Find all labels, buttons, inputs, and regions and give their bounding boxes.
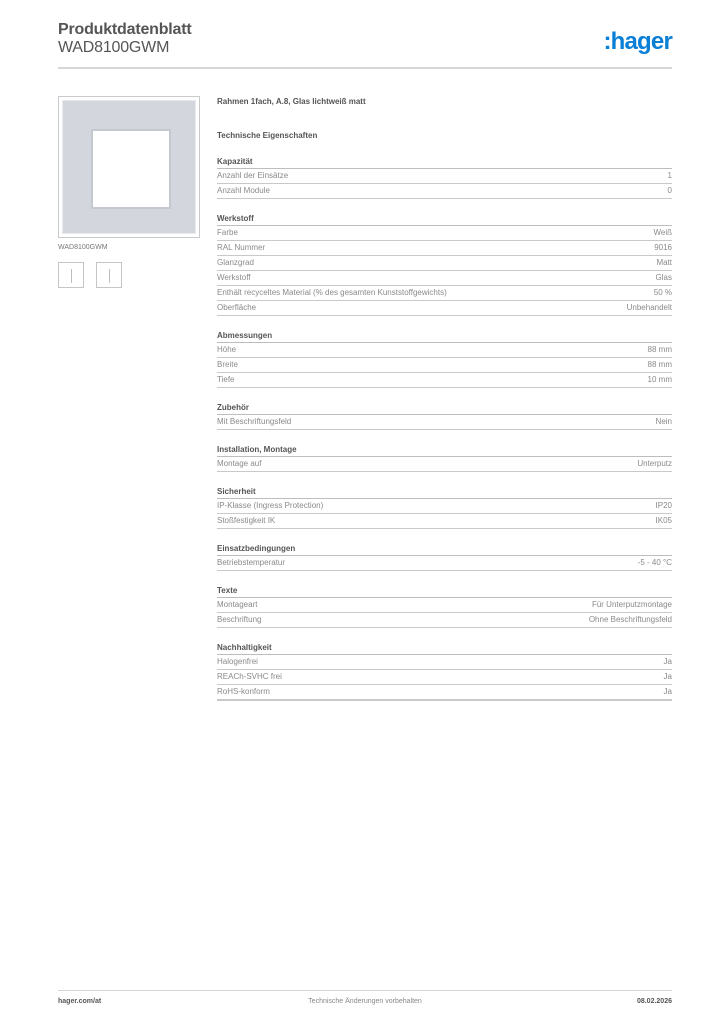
property-row: Tiefe10 mm xyxy=(217,373,672,388)
document-type: Produktdatenblatt xyxy=(58,21,192,39)
section-title: Texte xyxy=(217,585,672,598)
section-texte: TexteMontageartFür UnterputzmontageBesch… xyxy=(217,585,672,628)
image-caption: WAD8100GWM xyxy=(58,244,108,251)
property-label: IP-Klasse (Ingress Protection) xyxy=(217,499,323,513)
property-label: Betriebstemperatur xyxy=(217,556,285,570)
property-row: RAL Nummer9016 xyxy=(217,241,672,256)
thumbnail-strip xyxy=(58,262,122,288)
section-nachhaltigkeit: NachhaltigkeitHalogenfreiJaREACh-SVHC fr… xyxy=(217,642,672,701)
property-label: RAL Nummer xyxy=(217,241,265,255)
property-label: Oberfläche xyxy=(217,301,256,315)
property-label: Beschriftung xyxy=(217,613,261,627)
thumbnail-2[interactable] xyxy=(96,262,122,288)
disclaimer: Technische Änderungen vorbehalten xyxy=(58,998,672,1005)
property-value: Ja xyxy=(664,670,672,684)
frame-line-icon xyxy=(109,269,110,283)
section-abmessungen: AbmessungenHöhe88 mmBreite88 mmTiefe10 m… xyxy=(217,330,672,388)
property-value: Für Unterputzmontage xyxy=(592,598,672,612)
section-title: Abmessungen xyxy=(217,330,672,343)
section-einsatzbedingungen: EinsatzbedingungenBetriebstemperatur-5 -… xyxy=(217,543,672,571)
property-value: IK05 xyxy=(656,514,672,528)
property-row: Stoßfestigkeit IKIK05 xyxy=(217,514,672,529)
document-footer: hager.com/at Technische Änderungen vorbe… xyxy=(58,998,672,1008)
product-code: WAD8100GWM xyxy=(58,39,192,57)
property-value: Matt xyxy=(656,256,672,270)
document-header: Produktdatenblatt WAD8100GWM xyxy=(58,21,192,57)
property-value: Ja xyxy=(664,685,672,699)
property-value: 1 xyxy=(668,169,672,183)
property-row: IP-Klasse (Ingress Protection)IP20 xyxy=(217,499,672,514)
frame-line-icon xyxy=(71,269,72,283)
section-title: Werkstoff xyxy=(217,213,672,226)
section-sicherheit: SicherheitIP-Klasse (Ingress Protection)… xyxy=(217,486,672,529)
property-value: 50 % xyxy=(654,286,672,300)
property-value: Unbehandelt xyxy=(627,301,672,315)
property-label: Anzahl Module xyxy=(217,184,270,198)
property-value: -5 - 40 °C xyxy=(638,556,672,570)
property-label: Enthält recyceltes Material (% des gesam… xyxy=(217,286,447,300)
property-row: REACh-SVHC freiJa xyxy=(217,670,672,685)
property-value: 9016 xyxy=(654,241,672,255)
hager-logo: :hager xyxy=(603,28,672,56)
frame-glass-plate xyxy=(62,100,196,234)
property-row: Höhe88 mm xyxy=(217,343,672,358)
property-value: 0 xyxy=(668,184,672,198)
property-label: RoHS-konform xyxy=(217,685,270,699)
property-value: IP20 xyxy=(656,499,672,513)
thumbnail-1[interactable] xyxy=(58,262,84,288)
property-label: Höhe xyxy=(217,343,236,357)
property-row: RoHS-konformJa xyxy=(217,685,672,701)
property-row: HalogenfreiJa xyxy=(217,655,672,670)
property-label: Mit Beschriftungsfeld xyxy=(217,415,291,429)
property-label: Montage auf xyxy=(217,457,261,471)
frame-opening xyxy=(91,129,171,209)
property-row: Mit BeschriftungsfeldNein xyxy=(217,415,672,430)
property-row: MontageartFür Unterputzmontage xyxy=(217,598,672,613)
section-kapazität: KapazitätAnzahl der Einsätze1Anzahl Modu… xyxy=(217,156,672,199)
property-value: Ohne Beschriftungsfeld xyxy=(589,613,672,627)
property-row: OberflächeUnbehandelt xyxy=(217,301,672,316)
property-label: Tiefe xyxy=(217,373,235,387)
section-werkstoff: WerkstoffFarbeWeißRAL Nummer9016Glanzgra… xyxy=(217,213,672,316)
property-label: Halogenfrei xyxy=(217,655,258,669)
property-row: Anzahl Module0 xyxy=(217,184,672,199)
section-zubehör: ZubehörMit BeschriftungsfeldNein xyxy=(217,402,672,430)
section-title: Installation, Montage xyxy=(217,444,672,457)
section-title: Zubehör xyxy=(217,402,672,415)
section-title: Sicherheit xyxy=(217,486,672,499)
properties-list: KapazitätAnzahl der Einsätze1Anzahl Modu… xyxy=(217,156,672,701)
property-row: Enthält recyceltes Material (% des gesam… xyxy=(217,286,672,301)
property-label: Glanzgrad xyxy=(217,256,254,270)
property-label: Breite xyxy=(217,358,238,372)
document-date: 08.02.2026 xyxy=(637,998,672,1005)
section-title: Einsatzbedingungen xyxy=(217,543,672,556)
property-value: 88 mm xyxy=(648,343,672,357)
property-label: Stoßfestigkeit IK xyxy=(217,514,275,528)
property-value: Glas xyxy=(656,271,672,285)
section-title: Kapazität xyxy=(217,156,672,169)
property-row: FarbeWeiß xyxy=(217,226,672,241)
section-title: Nachhaltigkeit xyxy=(217,642,672,655)
header-divider xyxy=(58,67,672,69)
property-value: Weiß xyxy=(653,226,672,240)
product-title: Rahmen 1fach, A.8, Glas lichtweiß matt xyxy=(217,96,672,108)
section-installation-montage: Installation, MontageMontage aufUnterput… xyxy=(217,444,672,472)
property-value: Unterputz xyxy=(637,457,672,471)
property-value: Nein xyxy=(656,415,672,429)
property-row: Montage aufUnterputz xyxy=(217,457,672,472)
property-row: Anzahl der Einsätze1 xyxy=(217,169,672,184)
property-row: Breite88 mm xyxy=(217,358,672,373)
datasheet-content: Rahmen 1fach, A.8, Glas lichtweiß matt T… xyxy=(217,96,672,701)
property-label: Anzahl der Einsätze xyxy=(217,169,288,183)
property-row: Betriebstemperatur-5 - 40 °C xyxy=(217,556,672,571)
property-value: 88 mm xyxy=(648,358,672,372)
footer-divider xyxy=(58,990,672,991)
property-value: Ja xyxy=(664,655,672,669)
property-label: Werkstoff xyxy=(217,271,251,285)
property-value: 10 mm xyxy=(648,373,672,387)
property-label: REACh-SVHC frei xyxy=(217,670,282,684)
property-label: Montageart xyxy=(217,598,257,612)
property-label: Farbe xyxy=(217,226,238,240)
property-row: WerkstoffGlas xyxy=(217,271,672,286)
product-image xyxy=(58,96,200,238)
property-row: GlanzgradMatt xyxy=(217,256,672,271)
technical-properties-heading: Technische Eigenschaften xyxy=(217,130,672,142)
property-row: BeschriftungOhne Beschriftungsfeld xyxy=(217,613,672,628)
